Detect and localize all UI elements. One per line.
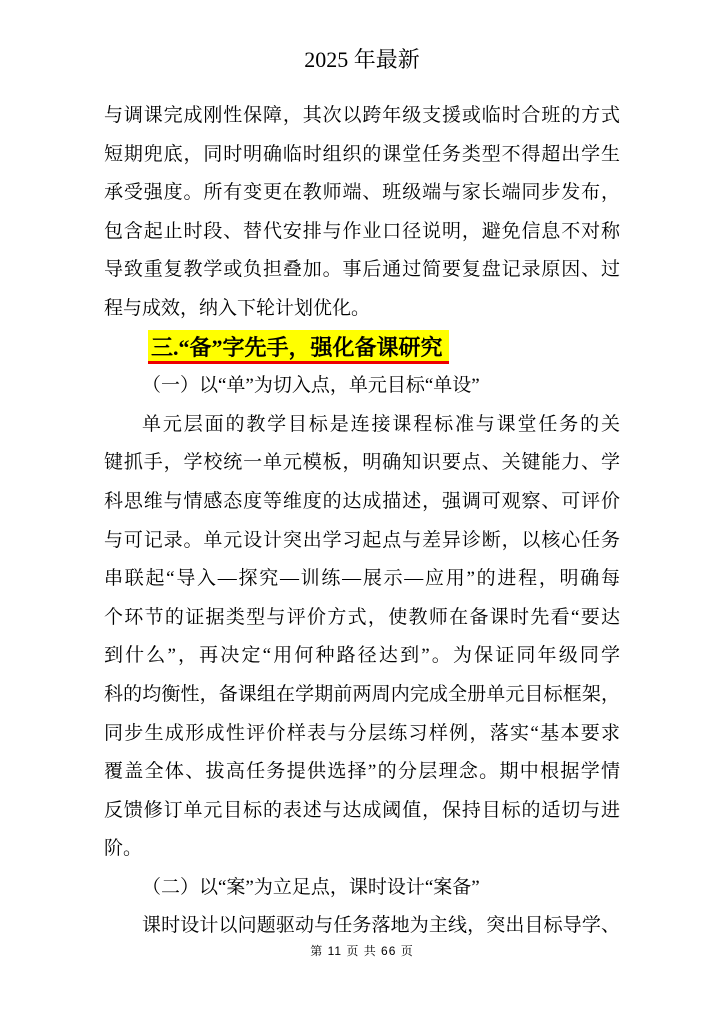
body-line: 与调课完成刚性保障，其次以跨年级支援或临时合班的方式	[104, 97, 620, 136]
document-body: 与调课完成刚性保障，其次以跨年级支援或临时合班的方式 短期兜底，同时明确临时组织…	[104, 97, 620, 946]
body-line: 短期兜底，同时明确临时组织的课堂任务类型不得超出学生	[104, 136, 620, 175]
body-line: 个环节的证据类型与评价方式，使教师在备课时先看“要达	[104, 599, 620, 638]
body-line: 导致重复教学或负担叠加。事后通过简要复盘记录原因、过	[104, 251, 620, 290]
body-line: 覆盖全体、拔高任务提供选择”的分层理念。期中根据学情	[104, 753, 620, 792]
section-heading-highlight: 三.“备”字先手，强化备课研究	[148, 330, 449, 364]
body-line: 科思维与情感态度等维度的达成描述，强调可观察、可评价	[104, 483, 620, 522]
body-line: 承受强度。所有变更在教师端、班级端与家长端同步发布，	[104, 174, 620, 213]
body-line: 科的均衡性，备课组在学期前两周内完成全册单元目标框架，	[104, 676, 620, 715]
body-line: 课时设计以问题驱动与任务落地为主线，突出目标导学、	[104, 907, 620, 946]
body-line: 与可记录。单元设计突出学习起点与差异诊断，以核心任务	[104, 522, 620, 561]
body-line: 包含起止时段、替代安排与作业口径说明，避免信息不对称	[104, 213, 620, 252]
page-number-footer: 第 11 页 共 66 页	[0, 942, 724, 959]
body-line: 反馈修订单元目标的表述与达成阈值，保持目标的适切与进	[104, 792, 620, 831]
body-line: 到什么”，再决定“用何种路径达到”。为保证同年级同学	[104, 637, 620, 676]
body-line: 阶。	[104, 830, 620, 869]
body-line: 同步生成形成性评价样表与分层练习样例，落实“基本要求	[104, 715, 620, 754]
body-line: 串联起“导入—探究—训练—展示—应用”的进程，明确每	[104, 560, 620, 599]
page-title: 2025 年最新	[0, 0, 724, 75]
body-line: 单元层面的教学目标是连接课程标准与课堂任务的关	[104, 406, 620, 445]
document-page: 2025 年最新 与调课完成刚性保障，其次以跨年级支援或临时合班的方式 短期兜底…	[0, 0, 724, 1024]
subsection-heading-2: （二）以“案”为立足点，课时设计“案备”	[104, 869, 620, 908]
subsection-heading-1: （一）以“单”为切入点，单元目标“单设”	[104, 367, 620, 406]
section-heading: 三.“备”字先手，强化备课研究	[104, 329, 620, 368]
body-line: 键抓手，学校统一单元模板，明确知识要点、关键能力、学	[104, 444, 620, 483]
body-line: 程与成效，纳入下轮计划优化。	[104, 290, 620, 329]
